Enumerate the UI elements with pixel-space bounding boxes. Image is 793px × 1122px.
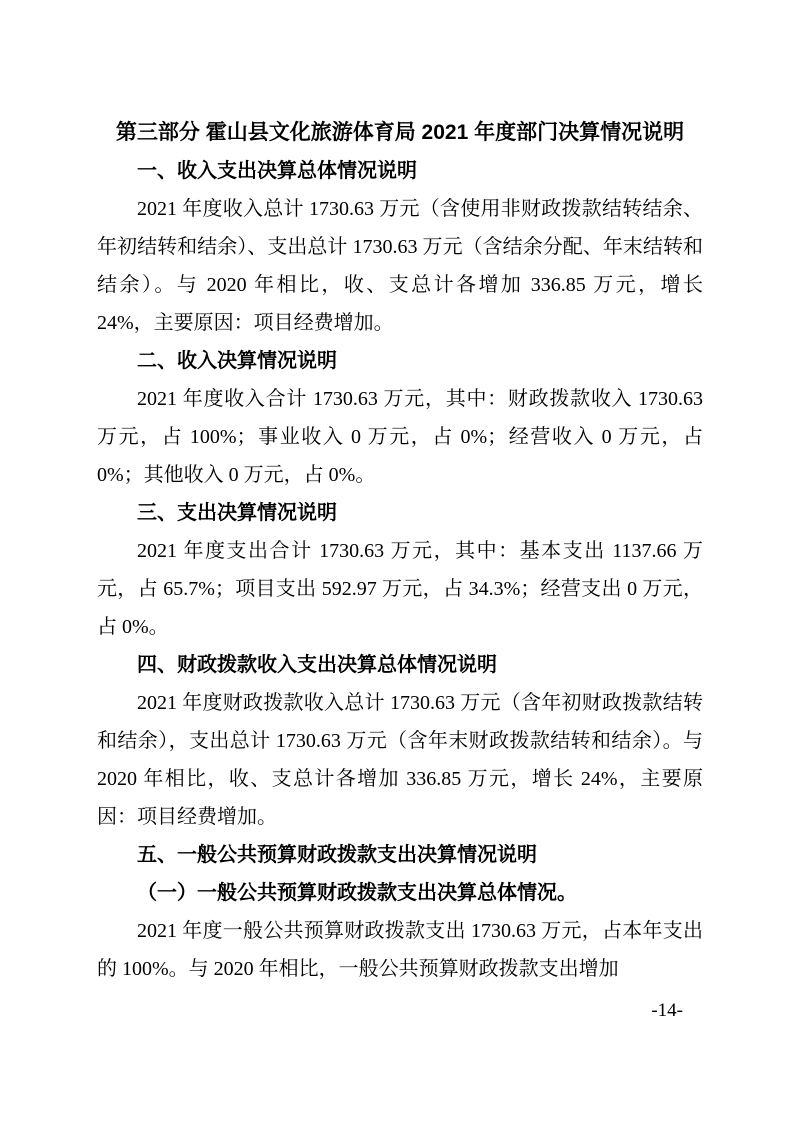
section-fiscal-appropriation-overview: 四、财政拨款收入支出决算总体情况说明 2021 年度财政拨款收入总计 1730.…: [97, 646, 703, 836]
document-title: 第三部分 霍山县文化旅游体育局 2021 年度部门决算情况说明: [97, 114, 703, 152]
section-income-statement: 二、收入决算情况说明 2021 年度收入合计 1730.63 万元，其中：财政拨…: [97, 342, 703, 494]
section-expenditure-statement: 三、支出决算情况说明 2021 年度支出合计 1730.63 万元，其中：基本支…: [97, 494, 703, 646]
page-number: -14-: [651, 999, 683, 1023]
section-heading: 二、收入决算情况说明: [97, 342, 703, 380]
section-heading: 五、一般公共预算财政拨款支出决算情况说明: [97, 836, 703, 874]
section-income-expenditure-overview: 一、收入支出决算总体情况说明 2021 年度收入总计 1730.63 万元（含使…: [97, 152, 703, 342]
body-paragraph: 2021 年度收入总计 1730.63 万元（含使用非财政拨款结转结余、年初结转…: [97, 190, 703, 342]
section-heading: 一、收入支出决算总体情况说明: [97, 152, 703, 190]
body-paragraph: 2021 年度收入合计 1730.63 万元，其中：财政拨款收入 1730.63…: [97, 380, 703, 494]
body-paragraph: 2021 年度一般公共预算财政拨款支出 1730.63 万元，占本年支出的 10…: [97, 912, 703, 988]
section-heading: 四、财政拨款收入支出决算总体情况说明: [97, 646, 703, 684]
document-content: 第三部分 霍山县文化旅游体育局 2021 年度部门决算情况说明 一、收入支出决算…: [97, 114, 703, 988]
sub-section-heading: （一）一般公共预算财政拨款支出决算总体情况。: [97, 874, 703, 912]
document-page: 第三部分 霍山县文化旅游体育局 2021 年度部门决算情况说明 一、收入支出决算…: [0, 0, 793, 1122]
section-heading: 三、支出决算情况说明: [97, 494, 703, 532]
section-general-public-budget: 五、一般公共预算财政拨款支出决算情况说明 （一）一般公共预算财政拨款支出决算总体…: [97, 836, 703, 988]
body-paragraph: 2021 年度支出合计 1730.63 万元，其中：基本支出 1137.66 万…: [97, 532, 703, 646]
body-paragraph: 2021 年度财政拨款收入总计 1730.63 万元（含年初财政拨款结转和结余）…: [97, 684, 703, 836]
